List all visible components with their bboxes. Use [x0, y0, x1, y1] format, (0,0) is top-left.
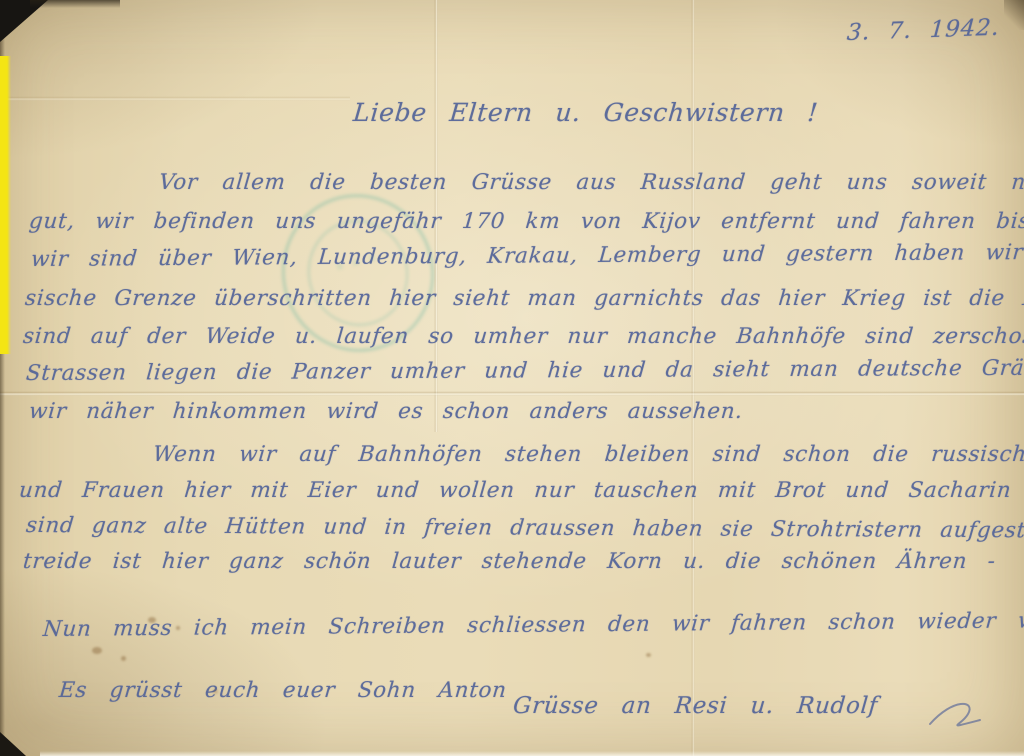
signature-flourish-icon	[928, 696, 998, 736]
shadow-corner-top-right	[1004, 0, 1024, 30]
top-edge-smudge	[30, 0, 120, 8]
letter-line: und Frauen hier mit Eier und wollen nur …	[18, 478, 1024, 503]
letter-salutation: Liebe Eltern u. Geschwistern !	[352, 98, 820, 127]
paper-stain	[213, 689, 218, 694]
paper-stain	[92, 647, 102, 654]
letter-line: wir sind über Wien, Lundenburg, Krakau, …	[30, 239, 1024, 272]
paper-stain	[176, 626, 180, 630]
yellow-edge-strip	[0, 56, 11, 354]
letter-line: Wenn wir auf Bahnhöfen stehen bleiben si…	[152, 442, 1024, 467]
letter-line: wir näher hinkommen wird es schon anders…	[28, 399, 744, 424]
letter-line: sische Grenze überschritten hier sieht m…	[24, 286, 1024, 311]
horizontal-fold-crease	[0, 96, 350, 101]
paper-stain	[646, 653, 651, 657]
bottom-edge-highlight	[40, 751, 1024, 756]
letter-line: Vor allem die besten Grüsse aus Russland…	[158, 170, 1024, 195]
letter-line: sind auf der Weide u. laufen so umher nu…	[22, 324, 1024, 349]
paper-stain	[121, 656, 126, 661]
letter-greeting: Grüsse an Resi u. Rudolf	[512, 693, 879, 719]
letter-date: 3. 7. 1942.	[846, 15, 1000, 46]
letter-scan: ¤ ¤ ¤ 3. 7. 1942. Liebe Eltern u. Geschw…	[0, 0, 1024, 756]
letter-signature: Es grüsst euch euer Sohn Anton	[58, 678, 508, 703]
letter-line: sind ganz alte Hütten und in freien drau…	[25, 513, 1024, 544]
horizontal-fold-crease	[0, 391, 1024, 396]
letter-line: treide ist hier ganz schön lauter stehen…	[22, 549, 997, 574]
letter-line: Strassen liegen die Panzer umher und hie…	[25, 355, 1024, 386]
letter-closing: Nun muss ich mein Schreiben schliessen d…	[42, 608, 1024, 642]
paper-stain	[148, 617, 156, 623]
letter-line: gut, wir befinden uns ungefähr 170 km vo…	[28, 209, 1024, 234]
